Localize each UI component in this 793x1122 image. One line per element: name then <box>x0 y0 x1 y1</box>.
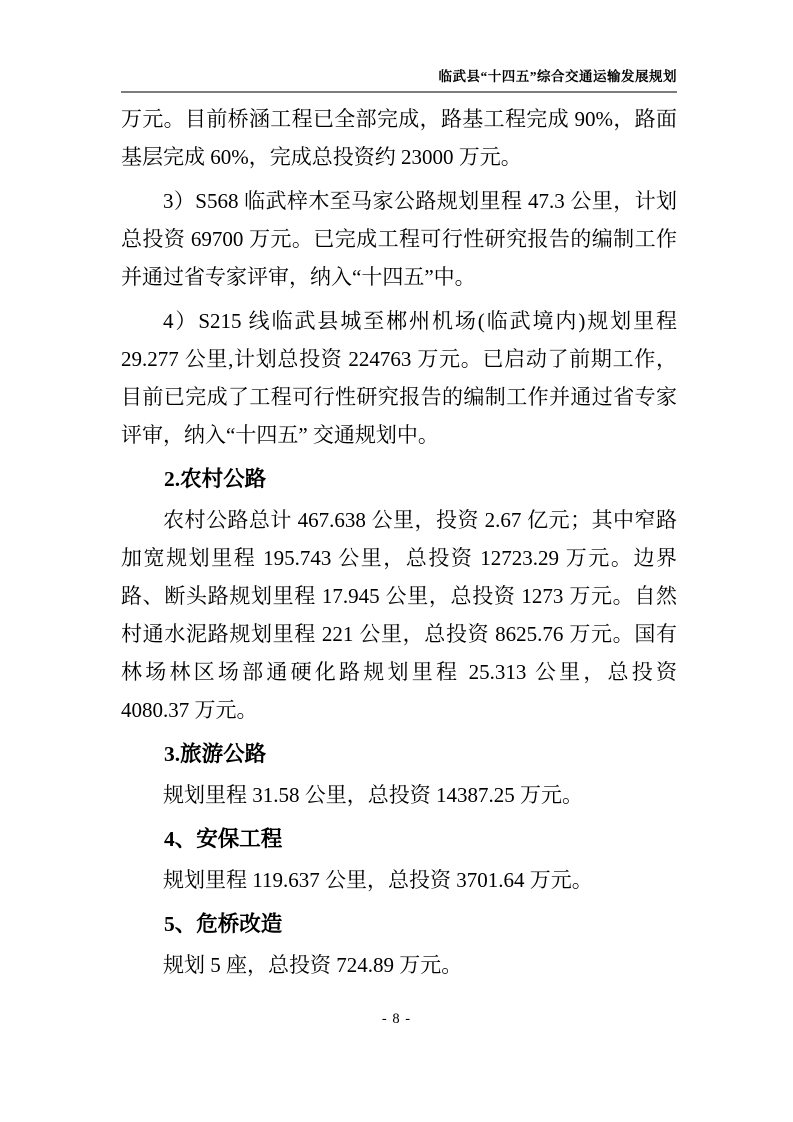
page-header: 临武县“十四五”综合交通运输发展规划 <box>121 68 677 93</box>
header-title: 临武县“十四五”综合交通运输发展规划 <box>439 69 678 84</box>
paragraph-s568: 3）S568 临武梓木至马家公路规划里程 47.3 公里，计划总投资 69700… <box>121 182 677 296</box>
document-page: 临武县“十四五”综合交通运输发展规划 万元。目前桥涵工程已全部完成，路基工程完成… <box>0 0 793 1122</box>
page-number: - 8 - <box>382 1011 411 1027</box>
section-heading-rural-roads: 2.农村公路 <box>121 460 677 498</box>
page-footer: - 8 - <box>0 1010 793 1028</box>
document-body: 万元。目前桥涵工程已全部完成，路基工程完成 90%，路面基层完成 60%，完成总… <box>121 100 677 984</box>
paragraph-safety-project: 规划里程 119.637 公里，总投资 3701.64 万元。 <box>121 861 677 899</box>
paragraph-bridge-progress: 万元。目前桥涵工程已全部完成，路基工程完成 90%，路面基层完成 60%，完成总… <box>121 100 677 176</box>
section-heading-tourism-roads: 3.旅游公路 <box>121 735 677 773</box>
paragraph-s215: 4）S215 线临武县城至郴州机场(临武境内)规划里程 29.277 公里,计划… <box>121 302 677 454</box>
section-heading-dangerous-bridges: 5、危桥改造 <box>121 905 677 943</box>
paragraph-tourism-roads: 规划里程 31.58 公里，总投资 14387.25 万元。 <box>121 776 677 814</box>
paragraph-dangerous-bridges: 规划 5 座，总投资 724.89 万元。 <box>121 946 677 984</box>
paragraph-rural-roads: 农村公路总计 467.638 公里，投资 2.67 亿元；其中窄路加宽规划里程 … <box>121 501 677 729</box>
section-heading-safety-project: 4、安保工程 <box>121 820 677 858</box>
